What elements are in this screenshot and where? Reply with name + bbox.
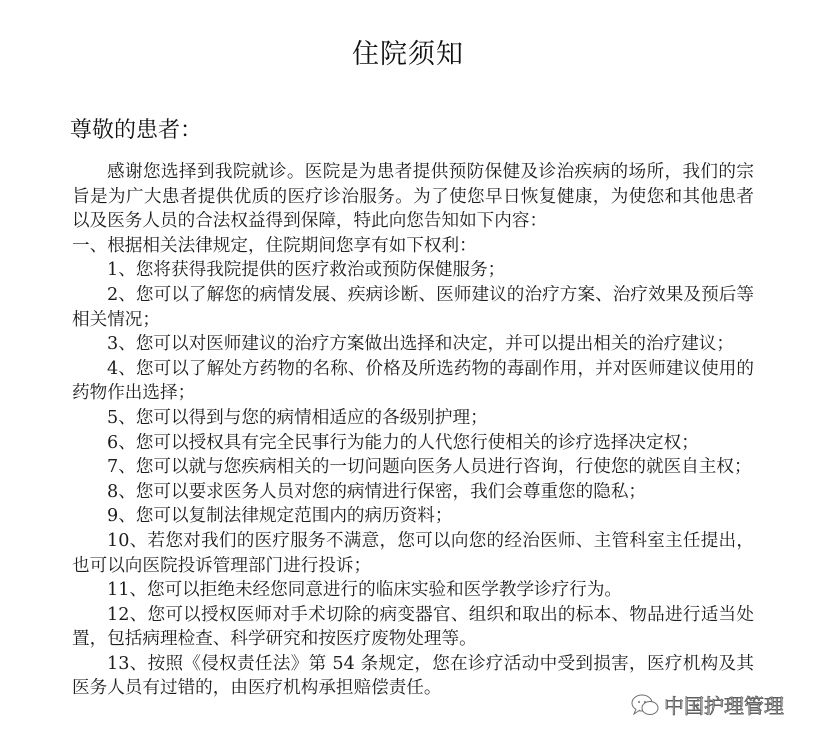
section-heading-rights: 一、根据相关法律规定，住院期间您享有如下权利：: [72, 234, 754, 259]
right-item-10: 10、若您对我们的医疗服务不满意，您可以向您的经治医师、主管科室主任提出，也可以…: [72, 529, 754, 578]
document-body: 感谢您选择到我院就诊。医院是为患者提供预防保健及诊治疾病的场所，我们的宗旨是为广…: [72, 160, 754, 701]
right-item-11: 11、您可以拒绝未经您同意进行的临床实验和医学教学诊疗行为。: [72, 578, 754, 603]
document-page: 住院须知 尊敬的患者： 感谢您选择到我院就诊。医院是为患者提供预防保健及诊治疾病…: [0, 0, 816, 743]
intro-paragraph: 感谢您选择到我院就诊。医院是为患者提供预防保健及诊治疾病的场所，我们的宗旨是为广…: [72, 160, 754, 234]
greeting: 尊敬的患者：: [70, 113, 202, 144]
watermark: 中国护理管理: [630, 690, 784, 719]
right-item-5: 5、您可以得到与您的病情相适应的各级别护理；: [72, 406, 754, 431]
right-item-2: 2、您可以了解您的病情发展、疾病诊断、医师建议的治疗方案、治疗效果及预后等相关情…: [72, 283, 754, 332]
right-item-7: 7、您可以就与您疾病相关的一切问题向医务人员进行咨询，行使您的就医自主权；: [72, 455, 754, 480]
right-item-8: 8、您可以要求医务人员对您的病情进行保密，我们会尊重您的隐私；: [72, 480, 754, 505]
right-item-12: 12、您可以授权医师对手术切除的病变器官、组织和取出的标本、物品进行适当处置，包…: [72, 603, 754, 652]
wechat-icon: [630, 693, 660, 717]
right-item-4: 4、您可以了解处方药物的名称、价格及所选药物的毒副作用，并对医师建议使用的药物作…: [72, 357, 754, 406]
document-title: 住院须知: [0, 32, 816, 71]
right-item-3: 3、您可以对医师建议的治疗方案做出选择和决定，并可以提出相关的治疗建议；: [72, 332, 754, 357]
watermark-text: 中国护理管理: [664, 690, 784, 719]
right-item-1: 1、您将获得我院提供的医疗救治或预防保健服务；: [72, 258, 754, 283]
right-item-6: 6、您可以授权具有完全民事行为能力的人代您行使相关的诊疗选择决定权；: [72, 431, 754, 456]
right-item-9: 9、您可以复制法律规定范围内的病历资料；: [72, 504, 754, 529]
